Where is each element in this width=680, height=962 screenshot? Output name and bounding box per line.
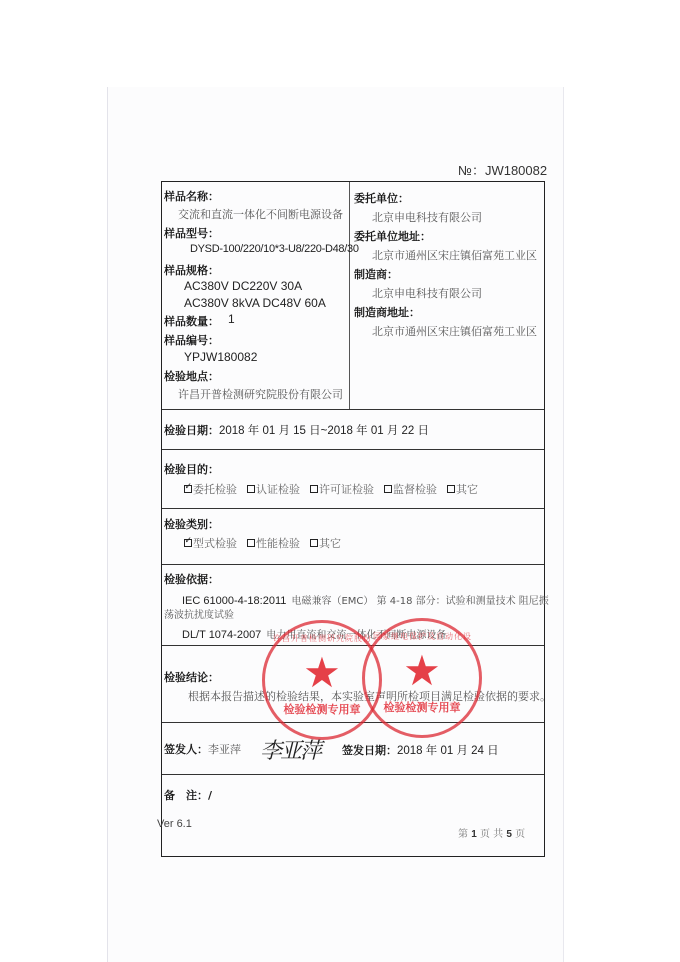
category-label: 检验类别：	[164, 516, 219, 532]
page-current: 1	[471, 829, 477, 840]
page-mid: 页 共	[480, 829, 503, 840]
client-address-label: 委托单位地址：	[354, 228, 431, 244]
sample-spec-value-2: AC380V 8kVA DC48V 60A	[184, 296, 326, 310]
sample-model-label: 样品型号：	[164, 225, 219, 241]
category-option: 性能检验	[247, 535, 300, 551]
seal-ring-text: 国家继电保护及自动化设备质量监督检验中心	[373, 631, 471, 642]
sample-name-label: 样品名称：	[164, 188, 219, 204]
row-divider	[162, 564, 544, 565]
sample-spec-value-1: AC380V DC220V 30A	[184, 279, 302, 293]
client-label: 委托单位：	[354, 190, 409, 206]
row-divider	[162, 508, 544, 509]
checked-box-icon	[184, 539, 192, 547]
inspection-location-label: 检验地点：	[164, 368, 219, 384]
purpose-option-label: 监督检验	[393, 481, 437, 497]
issue-date-value: 2018 年 01 月 24 日	[397, 742, 499, 758]
row-divider	[162, 774, 544, 775]
purpose-option: 认证检验	[247, 481, 300, 497]
sample-name-value: 交流和直流一体化不间断电源设备	[178, 206, 343, 222]
purpose-options: 委托检验认证检验许可证检验监督检验其它	[184, 481, 478, 497]
inspection-date-row: 检验日期： 2018 年 01 月 15 日~2018 年 01 月 22 日	[164, 422, 429, 438]
category-option-label: 型式检验	[193, 535, 237, 551]
purpose-option: 委托检验	[184, 481, 237, 497]
client-value: 北京申电科技有限公司	[372, 209, 482, 225]
issuer-signature: 李亚萍	[260, 734, 320, 765]
manufacturer-address-label: 制造商地址：	[354, 304, 420, 320]
basis-item-1-continuation: 荡波抗扰度试验	[164, 606, 234, 621]
manufacturer-address-value: 北京市通州区宋庄镇佰富苑工业区	[372, 323, 537, 339]
sample-spec-label: 样品规格：	[164, 262, 219, 278]
category-option: 其它	[310, 535, 341, 551]
column-divider	[349, 182, 350, 409]
page-indicator: 第 1 页 共 5 页	[458, 825, 525, 840]
checked-box-icon	[184, 485, 192, 493]
sample-model-value: DYSD-100/220/10*3-U8/220-D48/30	[190, 243, 359, 255]
category-option-label: 性能检验	[256, 535, 300, 551]
purpose-option: 许可证检验	[310, 481, 374, 497]
purpose-option-label: 其它	[456, 481, 478, 497]
basis-label: 检验依据：	[164, 571, 219, 587]
version-label: Ver 6.1	[157, 818, 192, 830]
sample-serial-label: 样品编号：	[164, 332, 219, 348]
row-divider	[162, 449, 544, 450]
issuer-row: 签发人： 李亚萍	[164, 741, 241, 757]
page-suffix: 页	[515, 829, 525, 840]
sample-quantity-value: 1	[228, 312, 235, 326]
sample-serial-value: YPJW180082	[184, 350, 257, 364]
inspection-date-label: 检验日期：	[164, 422, 219, 438]
unchecked-box-icon	[310, 539, 318, 547]
category-options: 型式检验性能检验其它	[184, 535, 341, 551]
basis-item-1-text: 电磁兼容（EMC） 第 4-18 部分：试验和测量技术 阻尼振	[291, 596, 548, 607]
remarks-row: 备 注： /	[164, 787, 212, 803]
unchecked-box-icon	[447, 485, 455, 493]
purpose-option-label: 认证检验	[256, 481, 300, 497]
seal-center-text: 检验检测专用章	[265, 701, 379, 717]
category-option-label: 其它	[319, 535, 341, 551]
page-total: 5	[506, 829, 512, 840]
page-prefix: 第	[458, 829, 468, 840]
report-number: №：JW180082	[458, 160, 547, 179]
inspection-seal-right: 国家继电保护及自动化设备质量监督检验中心 ★ 检验检测专用章	[362, 618, 482, 738]
report-summary-table: 样品名称： 交流和直流一体化不间断电源设备 样品型号： DYSD-100/220…	[161, 181, 545, 857]
inspection-location-value: 许昌开普检测研究院股份有限公司	[178, 386, 343, 402]
purpose-option-label: 委托检验	[193, 481, 237, 497]
star-icon: ★	[403, 650, 441, 692]
conclusion-label: 检验结论：	[164, 669, 219, 685]
basis-item-1: IEC 61000-4-18:2011 电磁兼容（EMC） 第 4-18 部分：…	[182, 589, 549, 608]
row-divider	[162, 409, 544, 410]
issuer-label: 签发人：	[164, 741, 208, 757]
purpose-option: 监督检验	[384, 481, 437, 497]
unchecked-box-icon	[247, 485, 255, 493]
category-option: 型式检验	[184, 535, 237, 551]
unchecked-box-icon	[247, 539, 255, 547]
issue-date-row: 签发日期： 2018 年 01 月 24 日	[342, 742, 499, 758]
star-icon: ★	[303, 652, 341, 694]
manufacturer-label: 制造商：	[354, 266, 398, 282]
basis-item-2-code: DL/T 1074-2007	[182, 629, 261, 641]
purpose-label: 检验目的：	[164, 461, 219, 477]
purpose-option-label: 许可证检验	[319, 481, 374, 497]
unchecked-box-icon	[310, 485, 318, 493]
issuer-name: 李亚萍	[208, 741, 241, 757]
unchecked-box-icon	[384, 485, 392, 493]
seal-ring-text: 许昌开普检测研究院股份有限公司	[273, 633, 371, 644]
purpose-option: 其它	[447, 481, 478, 497]
issue-date-label: 签发日期：	[342, 742, 397, 758]
inspection-date-value: 2018 年 01 月 15 日~2018 年 01 月 22 日	[219, 422, 429, 438]
manufacturer-value: 北京申电科技有限公司	[372, 285, 482, 301]
sample-quantity-label: 样品数量：	[164, 313, 219, 329]
client-address-value: 北京市通州区宋庄镇佰富苑工业区	[372, 247, 537, 263]
remarks-label: 备 注：	[164, 787, 208, 803]
seal-center-text: 检验检测专用章	[365, 699, 479, 715]
remarks-value: /	[208, 789, 212, 802]
